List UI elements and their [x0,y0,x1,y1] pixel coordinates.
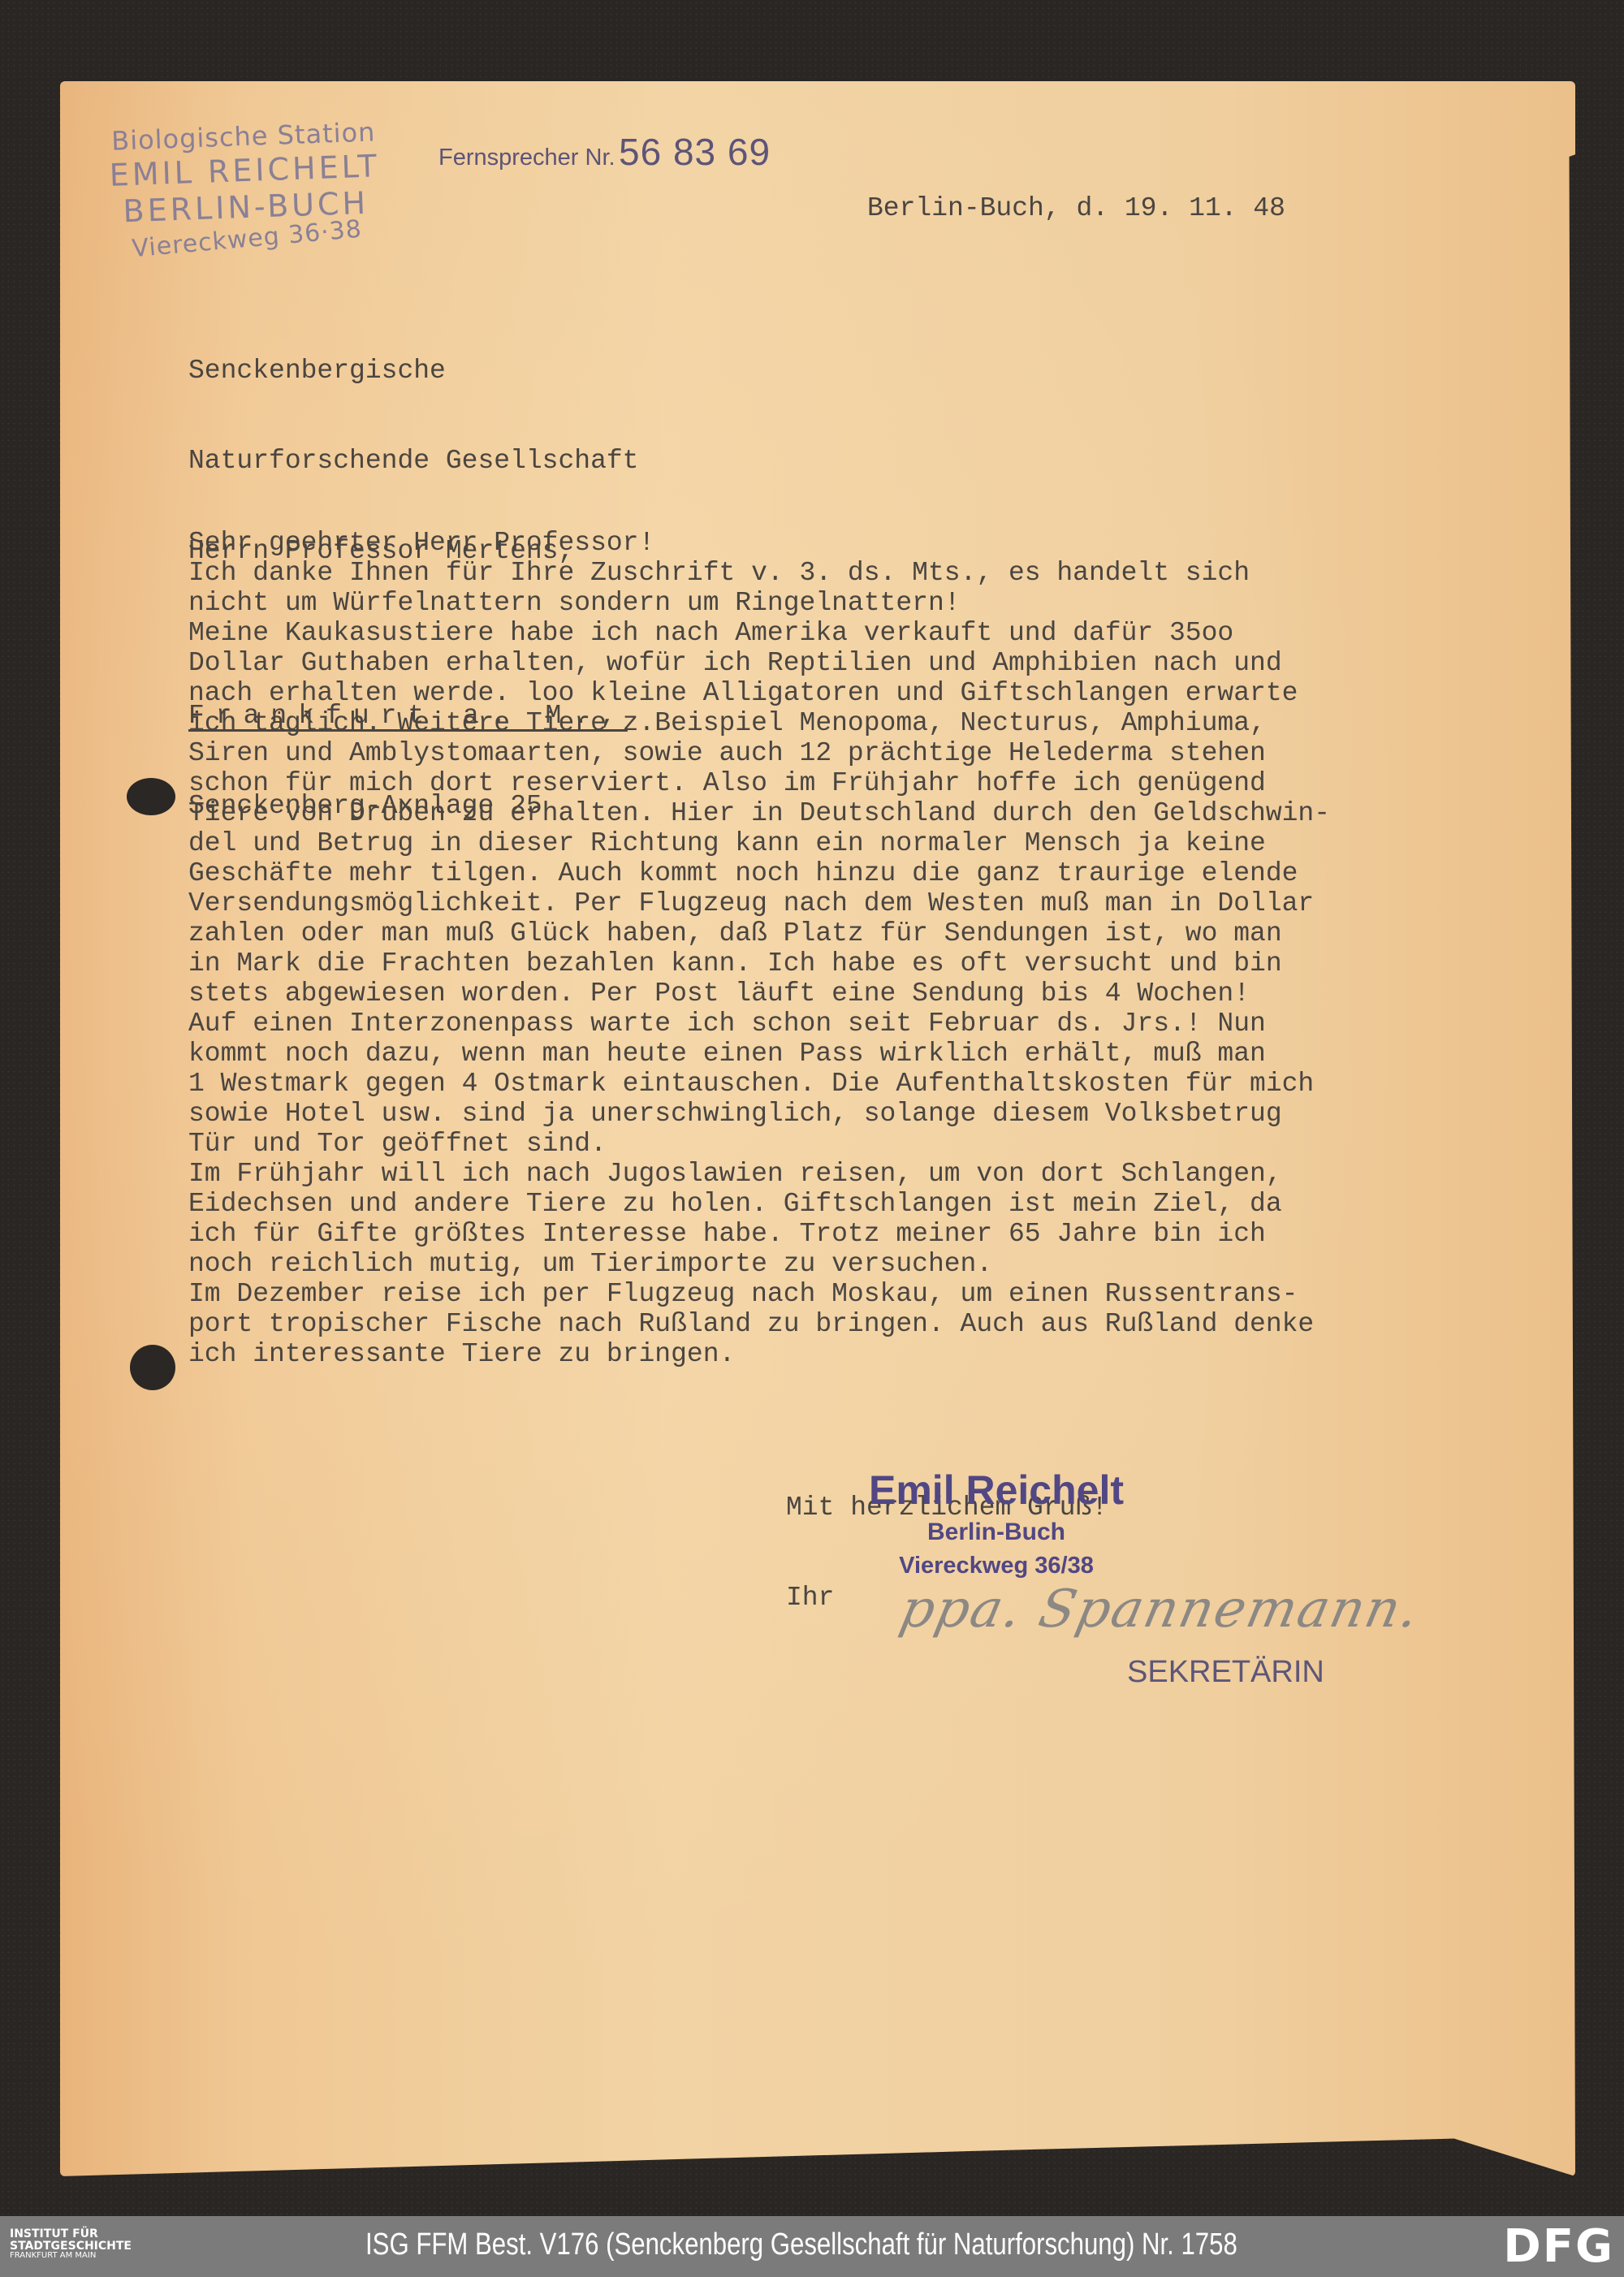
body-line: nicht um Würfelnattern sondern um Ringel… [188,588,1330,618]
date-line: Berlin-Buch, d. 19. 11. 48 [867,193,1285,223]
archive-footer: INSTITUT FÜR STADTGESCHICHTE FRANKFURT A… [0,2216,1624,2277]
body-line: Dollar Guthaben erhalten, wofür ich Rept… [188,648,1330,678]
stamp-street: Viereckweg 36/38 [869,1553,1124,1579]
institute-line: INSTITUT FÜR [10,2228,132,2240]
body-line: 1 Westmark gegen 4 Ostmark eintauschen. … [188,1069,1330,1099]
body-line: Sehr geehrter Herr Professor! [188,528,1330,558]
body-line: Versendungsmöglichkeit. Per Flugzeug nac… [188,888,1330,918]
dfg-logo: DFG [1503,2224,1614,2270]
letterhead-stamp: Biologische Station EMIL REICHELT BERLIN… [105,117,385,259]
institute-line: FRANKFURT AM MAIN [10,2252,132,2261]
body-line: schon für mich dort reserviert. Also im … [188,768,1330,798]
body-line: Tiere von Drüben zu erhalten. Hier in De… [188,798,1330,828]
sender-stamp: Emil Reichelt Berlin-Buch Viereckweg 36/… [869,1467,1124,1579]
body-line: Meine Kaukasustiere habe ich nach Amerik… [188,618,1330,648]
body-line: Tür und Tor geöffnet sind. [188,1129,1330,1159]
body-line: Geschäfte mehr tilgen. Auch kommt noch h… [188,858,1330,888]
body-line: Im Frühjahr will ich nach Jugoslawien re… [188,1159,1330,1189]
body-line: sowie Hotel usw. sind ja unerschwinglich… [188,1099,1330,1129]
address-line: Naturforschende Gesellschaft [188,446,639,476]
body-line: Eidechsen und andere Tiere zu holen. Gif… [188,1189,1330,1219]
phone-number-header: Fernsprecher Nr. 56 83 69 [438,130,771,174]
body-line: Siren und Amblystomaarten, sowie auch 12… [188,738,1330,768]
body-line: Ich danke Ihnen für Ihre Zuschrift v. 3.… [188,558,1330,588]
body-line: ich täglich. Weitere Tiere z.Beispiel Me… [188,708,1330,738]
body-line: ich für Gifte größtes Interesse habe. Tr… [188,1219,1330,1249]
punch-hole-bottom [130,1345,175,1390]
body-line: del und Betrug in dieser Richtung kann e… [188,828,1330,858]
punch-hole-top [127,778,175,815]
body-line: Im Dezember reise ich per Flugzeug nach … [188,1279,1330,1309]
handwritten-signature: ppa. Spannemann. [895,1579,1425,1640]
secretary-title: SEKRETÄRIN [1127,1655,1324,1690]
phone-label: Fernsprecher Nr. [438,145,615,171]
body-line: noch reichlich mutig, um Tierimporte zu … [188,1249,1330,1279]
body-line: in Mark die Frachten bezahlen kann. Ich … [188,948,1330,979]
stamp-name: Emil Reichelt [869,1467,1124,1514]
stamp-city: Berlin-Buch [869,1519,1124,1546]
institute-logo: INSTITUT FÜR STADTGESCHICHTE FRANKFURT A… [10,2228,132,2261]
body-line: nach erhalten werde. loo kleine Alligato… [188,678,1330,708]
archive-caption: ISG FFM Best. V176 (Senckenberg Gesellsc… [365,2227,1237,2262]
body-line: ich interessante Tiere zu bringen. [188,1339,1330,1369]
address-line: Senckenbergische [188,356,639,386]
phone-number: 56 83 69 [619,131,771,173]
body-line: Auf einen Interzonenpass warte ich schon… [188,1009,1330,1039]
letter-body: Sehr geehrter Herr Professor!Ich danke I… [188,528,1330,1369]
institute-line: STADTGESCHICHTE [10,2240,132,2253]
body-line: stets abgewiesen worden. Per Post läuft … [188,979,1330,1009]
body-line: zahlen oder man muß Glück haben, daß Pla… [188,918,1330,948]
body-line: kommt noch dazu, wenn man heute einen Pa… [188,1039,1330,1069]
body-line: port tropischer Fische nach Rußland zu b… [188,1309,1330,1339]
